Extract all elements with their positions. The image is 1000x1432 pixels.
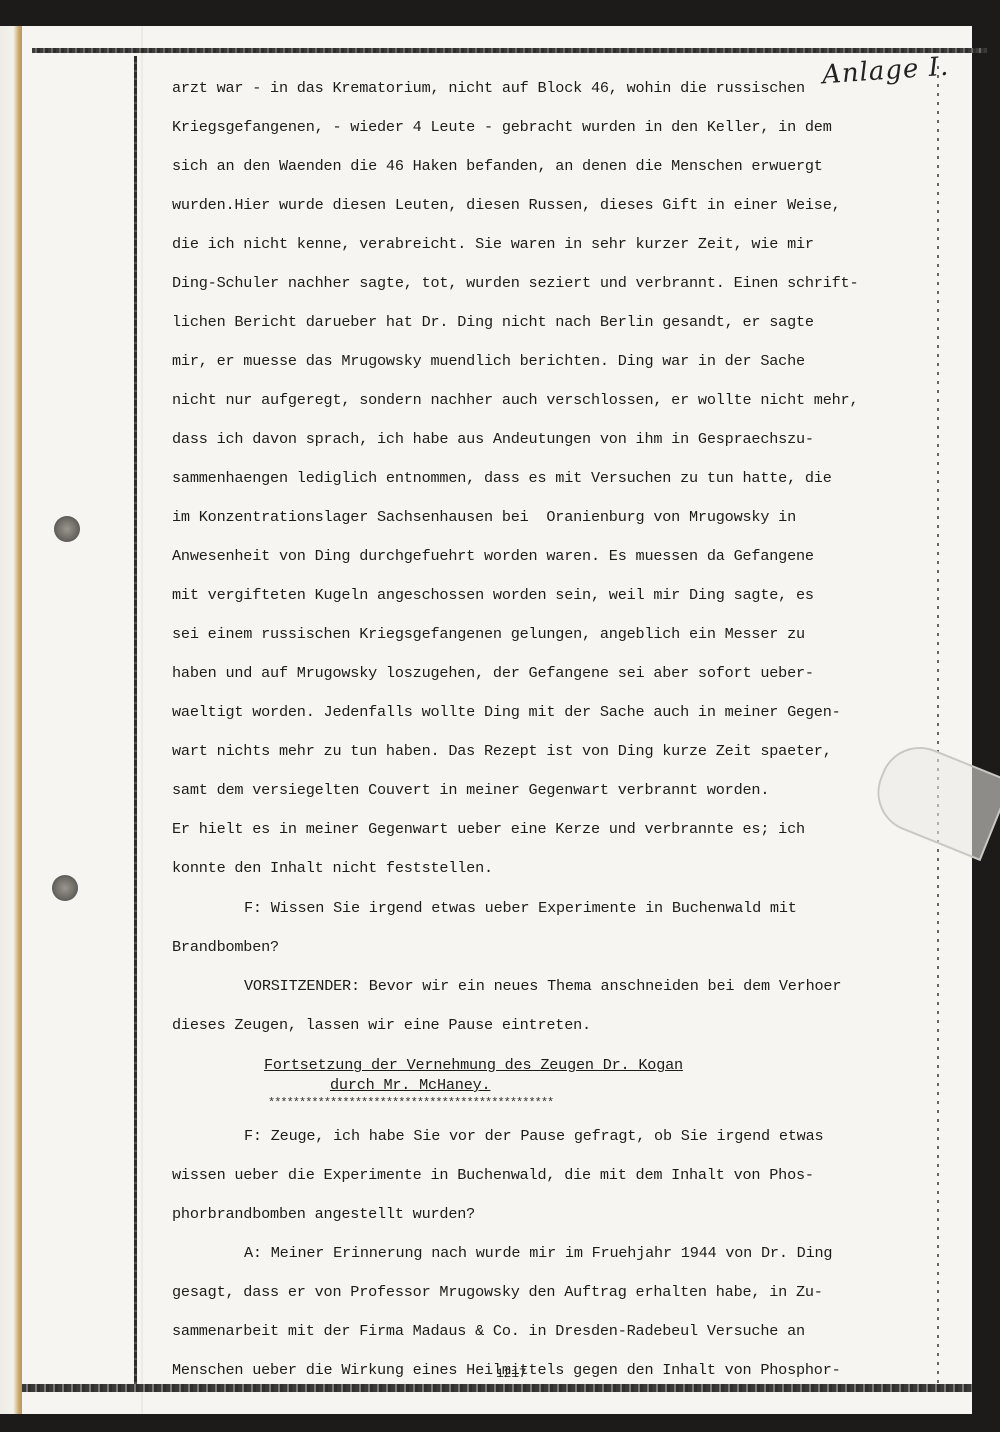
text-line: konnte den Inhalt nicht feststellen.	[172, 859, 493, 877]
text-line: wart nichts mehr zu tun haben. Das Rezep…	[172, 742, 832, 760]
punch-hole-icon	[54, 516, 80, 542]
frame-right-border	[937, 66, 939, 1386]
chairman-line: VORSITZENDER: Bevor wir ein neues Thema …	[244, 977, 841, 995]
question-line: Brandbomben?	[172, 938, 279, 956]
answer-line: A: Meiner Erinnerung nach wurde mir im F…	[244, 1244, 832, 1262]
text-line: arzt war - in das Krematorium, nicht auf…	[172, 79, 805, 97]
binder-edge	[0, 26, 22, 1414]
text-line: Kriegsgefangenen, - wieder 4 Leute - geb…	[172, 118, 832, 136]
text-line: samt dem versiegelten Couvert in meiner …	[172, 781, 769, 799]
text-line: nicht nur aufgeregt, sondern nachher auc…	[172, 391, 858, 409]
text-line: im Konzentrationslager Sachsenhausen bei…	[172, 508, 796, 526]
text-line: wurden.Hier wurde diesen Leuten, diesen …	[172, 196, 841, 214]
text-line: sich an den Waenden die 46 Haken befande…	[172, 157, 823, 175]
text-line: lichen Bericht darueber hat Dr. Ding nic…	[172, 313, 814, 331]
text-line: mir, er muesse das Mrugowsky muendlich b…	[172, 352, 805, 370]
text-line: dass ich davon sprach, ich habe aus Ande…	[172, 430, 814, 448]
text-line: Ding-Schuler nachher sagte, tot, wurden …	[172, 274, 858, 292]
text-line: sei einem russischen Kriegsgefangenen ge…	[172, 625, 805, 643]
question-line: F: Wissen Sie irgend etwas ueber Experim…	[244, 899, 797, 917]
question-line: wissen ueber die Experimente in Buchenwa…	[172, 1166, 814, 1184]
answer-line: gesagt, dass er von Professor Mrugowsky …	[172, 1283, 823, 1301]
section-heading: Fortsetzung der Vernehmung des Zeugen Dr…	[264, 1056, 683, 1074]
text-line: waeltigt worden. Jedenfalls wollte Ding …	[172, 703, 841, 721]
text-line: mit vergifteten Kugeln angeschossen word…	[172, 586, 814, 604]
section-heading: durch Mr. McHaney.	[330, 1076, 490, 1094]
frame-left-border	[134, 56, 137, 1386]
text-line: die ich nicht kenne, verabreicht. Sie wa…	[172, 235, 814, 253]
text-line: sammenhaengen lediglich entnommen, dass …	[172, 469, 832, 487]
chairman-line: dieses Zeugen, lassen wir eine Pause ein…	[172, 1016, 591, 1034]
fold-line	[141, 26, 143, 1414]
punch-hole-icon	[52, 875, 78, 901]
text-line: Er hielt es in meiner Gegenwart ueber ei…	[172, 820, 805, 838]
separator-line: ****************************************…	[268, 1096, 553, 1110]
text-line: Anwesenheit von Ding durchgefuehrt worde…	[172, 547, 814, 565]
handwritten-annotation: Anlage I.	[821, 52, 950, 91]
text-line: haben und auf Mrugowsky loszugehen, der …	[172, 664, 814, 682]
question-line: phorbrandbomben angestellt wurden?	[172, 1205, 475, 1223]
frame-top-border	[32, 48, 987, 53]
page-number: 1217	[496, 1366, 526, 1381]
frame-bottom-border	[22, 1384, 972, 1392]
document-page: Anlage I. arzt war - in das Krematorium,…	[22, 26, 972, 1414]
answer-line: sammenarbeit mit der Firma Madaus & Co. …	[172, 1322, 805, 1340]
question-line: F: Zeuge, ich habe Sie vor der Pause gef…	[244, 1127, 823, 1145]
